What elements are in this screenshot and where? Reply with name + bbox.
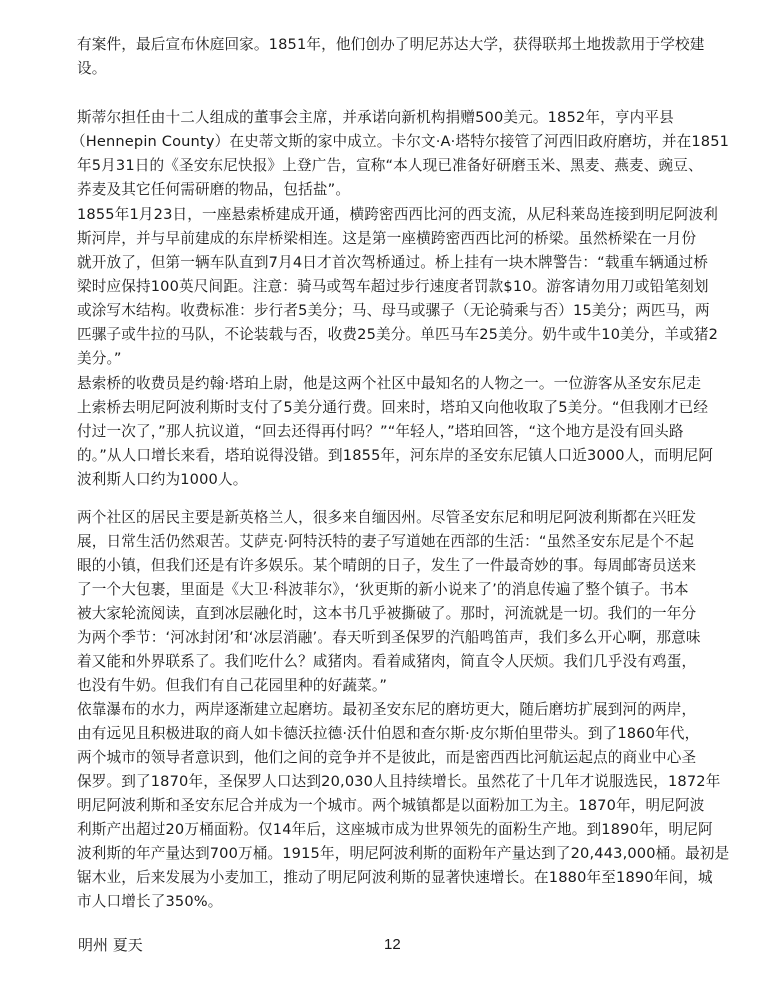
text-line: 梁时应保持100英尺间距。注意：骑马或驾车超过步行速度者罚款$10。游客请勿用刀… [77,275,727,299]
text-line: 斯蒂尔担任由十二人组成的董事会主席，并承诺向新机构捐赠500美元。1852年，亨… [77,106,727,130]
running-footer-title: 明州 夏天 [78,935,143,955]
text-line: 眼的小镇，但我们还是有许多娱乐。某个晴朗的日子，发生了一件最奇妙的事。每周邮寄员… [77,554,727,578]
page-number: 12 [384,935,401,955]
text-line: 市人口增长了350%。 [77,890,727,914]
text-line: 两个城市的领导者意识到，他们之间的竞争并不是彼此，而是密西西比河航运起点的商业中… [77,746,727,770]
text-line: 保罗。到了1870年，圣保罗人口达到20,030人且持续增长。虽然花了十几年才说… [77,770,727,794]
text-line: 有案件，最后宣布休庭回家。1851年，他们创办了明尼苏达大学，获得联邦土地拨款用… [77,33,727,57]
text-line: 着又能和外界联系了。我们吃什么？咸猪肉。看着咸猪肉，简直令人厌烦。我们几乎没有鸡… [77,650,727,674]
text-line: （Hennepin County）在史蒂文斯的家中成立。卡尔文·A·塔特尔接管了… [71,130,727,154]
text-line: 美分。” [77,347,727,371]
text-line: 依靠瀑布的水力，两岸逐渐建立起磨坊。最初圣安东尼的磨坊更大，随后磨坊扩展到河的两… [77,698,727,722]
paragraph-suspension-bridge: 1855年1月23日，一座悬索桥建成开通，横跨密西西比河的西支流，从尼科莱岛连接… [77,203,727,371]
text-line: 1855年1月23日，一座悬索桥建成开通，横跨密西西比河的西支流，从尼科莱岛连接… [77,203,727,227]
text-line: 被大家轮流阅读，直到冰层融化时，这本书几乎被撕破了。那时，河流就是一切。我们的一… [77,602,727,626]
text-line: 也没有牛奶。但我们有自己花园里种的好蔬菜。” [77,674,727,698]
paragraph-residents: 两个社区的居民主要是新英格兰人，很多来自缅因州。尽管圣安东尼和明尼阿波利斯都在兴… [77,506,727,698]
paragraph-hennepin-county: 斯蒂尔担任由十二人组成的董事会主席，并承诺向新机构捐赠500美元。1852年，亨… [77,106,727,202]
text-line: 锯木业，后来发展为小麦加工，推动了明尼阿波利斯的显著快速增长。在1880年至18… [77,866,727,890]
paragraph-university: 有案件，最后宣布休庭回家。1851年，他们创办了明尼苏达大学，获得联邦土地拨款用… [77,33,727,81]
text-line: 波利斯人口约为1000人。 [77,468,727,492]
text-line: 的。”从人口增长来看，塔珀说得没错。到1855年，河东岸的圣安东尼镇人口近300… [77,444,727,468]
paragraph-mills: 依靠瀑布的水力，两岸逐渐建立起磨坊。最初圣安东尼的磨坊更大，随后磨坊扩展到河的两… [77,698,727,914]
text-line: 利斯产出超过20万桶面粉。仅14年后，这座城市成为世界领先的面粉生产地。到189… [77,818,727,842]
text-line: 斯河岸，并与早前建成的东岸桥梁相连。这是第一座横跨密西西比河的桥梁。虽然桥梁在一… [77,227,727,251]
text-line: 两个社区的居民主要是新英格兰人，很多来自缅因州。尽管圣安东尼和明尼阿波利斯都在兴… [77,506,727,530]
text-line: 波利斯的年产量达到700万桶。1915年，明尼阿波利斯的面粉年产量达到了20,4… [77,842,727,866]
text-line: 悬索桥的收费员是约翰·塔珀上尉，他是这两个社区中最知名的人物之一。一位游客从圣安… [77,372,727,396]
text-line: 年5月31日的《圣安东尼快报》上登广告，宣称“本人现已准备好研磨玉米、黑麦、燕麦… [77,154,727,178]
text-line: 或涂写木结构。收费标准：步行者5美分；马、母马或骡子（无论骑乘与否）15美分；两… [77,299,727,323]
text-line: 了一个大包裹，里面是《大卫·科波菲尔》，‘狄更斯的新小说来了’的消息传遍了整个镇… [77,578,727,602]
text-line: 设。 [77,57,727,81]
text-line: 上索桥去明尼阿波利斯时支付了5美分通行费。回来时，塔珀又向他收取了5美分。“但我… [77,396,727,420]
text-line: 付过一次了，”那人抗议道，“回去还得再付吗？”“年轻人，”塔珀回答，“这个地方是… [77,420,727,444]
text-line: 由有远见且积极进取的商人如卡德沃拉德·沃什伯恩和查尔斯·皮尔斯伯里带头。到了18… [77,722,727,746]
text-line: 匹骡子或牛拉的马队，不论装载与否，收费25美分。单匹马车25美分。奶牛或牛10美… [77,323,727,347]
text-line: 明尼阿波利斯和圣安东尼合并成为一个城市。两个城镇都是以面粉加工为主。1870年，… [77,794,727,818]
paragraph-toll-collector: 悬索桥的收费员是约翰·塔珀上尉，他是这两个社区中最知名的人物之一。一位游客从圣安… [77,372,727,492]
text-line: 就开放了，但第一辆车队直到7月4日才首次驾桥通过。桥上挂有一块木牌警告：“载重车… [77,251,727,275]
text-line: 荞麦及其它任何需研磨的物品，包括盐”。 [77,178,727,202]
text-line: 展，日常生活仍然艰苦。艾萨克·阿特沃特的妻子写道她在西部的生活：“虽然圣安东尼是… [77,530,727,554]
text-line: 为两个季节：‘河冰封闭’和‘冰层消融’。春天听到圣保罗的汽船鸣笛声，我们多么开心… [77,626,727,650]
